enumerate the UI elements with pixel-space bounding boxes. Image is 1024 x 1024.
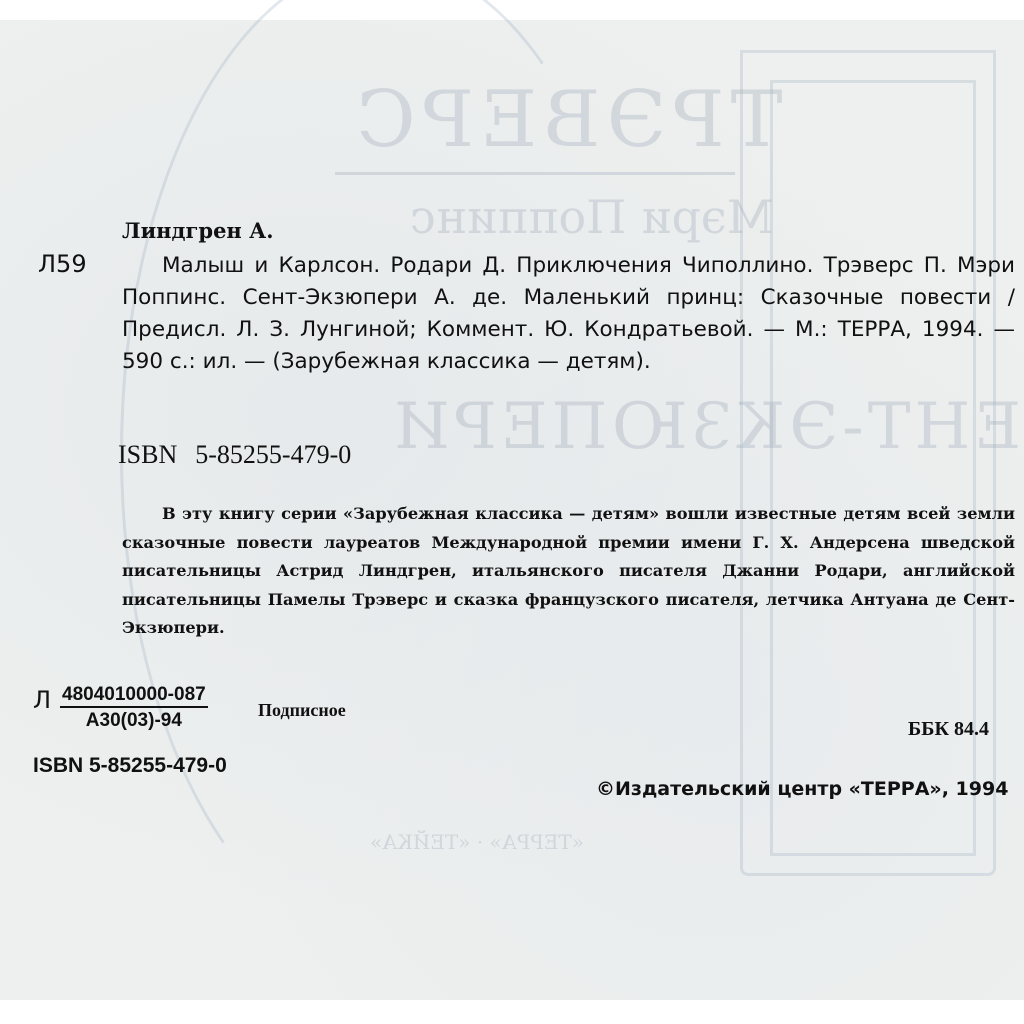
subscription-label: Подписное	[258, 700, 346, 721]
show-through-rule	[335, 172, 735, 175]
publishing-index: 4804010000-087 А30(03)-94	[60, 684, 208, 734]
isbn-footer: ISBN 5-85255-479-0	[33, 754, 227, 778]
copyright: ©Издательский центр «ТЕРРА», 1994	[596, 778, 1008, 800]
isbn-line: ISBN5-85255-479-0	[118, 440, 351, 470]
show-through-author: де СЕНТ-ЭКЗЮПЕРИ	[390, 390, 1024, 464]
index-prefix: Л	[33, 686, 51, 714]
annotation: В эту книгу серии «Зарубежная классика —…	[122, 500, 1015, 643]
isbn-label: ISBN	[118, 440, 177, 469]
bibliographic-description: Малыш и Карлсон. Родари Д. Приключения Ч…	[122, 250, 1015, 378]
bbk-code: ББК 84.4	[908, 718, 989, 741]
show-through-subtitle: Мэри Поппинс	[410, 190, 774, 244]
show-through-publisher: «ТЕРРА» · «ТЕЙКА»	[370, 830, 584, 854]
show-through-title: ТРЭВЕРС	[350, 75, 783, 165]
author-heading: Линдгрен А.	[122, 218, 274, 243]
index-denominator: А30(03)-94	[60, 708, 208, 734]
isbn-number: 5-85255-479-0	[195, 440, 351, 469]
index-numerator: 4804010000-087	[60, 684, 208, 708]
library-code: Л59	[38, 250, 87, 278]
